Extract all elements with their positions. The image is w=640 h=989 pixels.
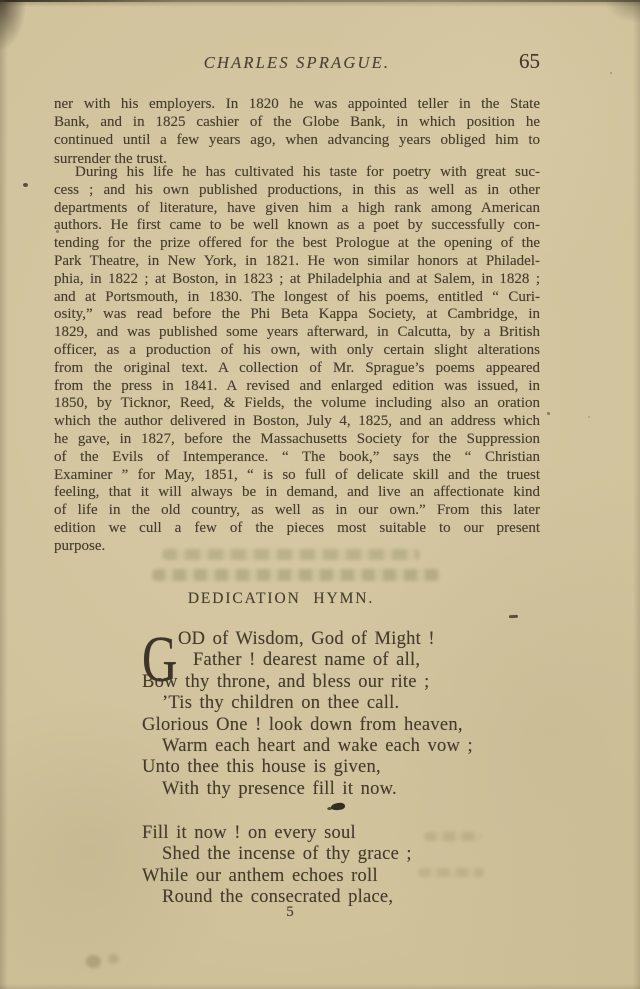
poem-line: Unto thee this house is given, xyxy=(142,757,502,778)
text-line: and at Portsmouth, in 1830. The longest … xyxy=(54,289,540,307)
poem-line: Father ! dearest name of all, xyxy=(193,650,502,671)
scan-edge-shadow xyxy=(0,0,8,989)
text-line: he gave, in 1827, before the Massachuset… xyxy=(54,431,540,449)
poem-line: OD of Wisdom, God of Might ! xyxy=(178,629,502,650)
poem-line: Glorious One ! look down from heaven, xyxy=(142,715,502,736)
text-line: authors. He first came to be well known … xyxy=(54,217,540,235)
poem-line: Bow thy throne, and bless our rite ; xyxy=(142,672,502,693)
prose-paragraph: During his life he has cultivated his ta… xyxy=(54,164,540,556)
text-line: cess ; and his own published productions… xyxy=(54,182,540,200)
paper-speck xyxy=(610,72,612,74)
ink-showthrough xyxy=(152,569,440,581)
text-line: of the Evils of Intemperance. “ The book… xyxy=(54,449,540,467)
text-line: from the press in 1841. A revised and en… xyxy=(54,378,540,396)
poem-line: ’Tis thy children on thee call. xyxy=(162,693,502,714)
scan-edge-line xyxy=(0,0,640,2)
text-line: continued until a few years ago, when ad… xyxy=(54,131,540,149)
text-line: 1850, by Ticknor, Reed, & Fields, the vo… xyxy=(54,395,540,413)
text-line: departments of literature, have given hi… xyxy=(54,200,540,218)
text-line: of life in the old country, as well as i… xyxy=(54,502,540,520)
paper-speck xyxy=(56,230,59,233)
text-line: purpose. xyxy=(54,538,540,556)
text-line: phia, in 1822 ; at Boston, in 1823 ; at … xyxy=(54,271,540,289)
text-line: officer, as a production of his own, wit… xyxy=(54,342,540,360)
poem-line: Warm each heart and wake each vow ; xyxy=(162,736,502,757)
text-line: ner with his employers. In 1820 he was a… xyxy=(54,95,540,113)
poem-stanza: G OD of Wisdom, God of Might ! Father ! … xyxy=(142,629,502,800)
text-line: tending for the prize offered for the be… xyxy=(54,235,540,253)
scanned-book-page: CHARLES SPRAGUE. 65 ner with his employe… xyxy=(0,0,640,989)
text-line: Examiner ” for May, 1851, “ is so full o… xyxy=(54,467,540,485)
text-line: which the author delivered in Boston, Ju… xyxy=(54,413,540,431)
text-line: During his life he has cultivated his ta… xyxy=(54,164,540,182)
text-line: edition we cull a few of the pieces most… xyxy=(54,520,540,538)
paper-smudge xyxy=(86,955,101,968)
text-line: 1829, and was published some years after… xyxy=(54,324,540,342)
scan-edge-shadow xyxy=(0,984,640,989)
text-line: feeling, that it will always be in deman… xyxy=(54,484,540,502)
signature-mark: 5 xyxy=(250,904,330,921)
paper-smudge xyxy=(108,954,119,964)
page-number: 65 xyxy=(440,49,540,74)
poem-line: Round the consecrated place, xyxy=(162,887,502,908)
paper-speck xyxy=(23,183,28,187)
poem-line: Shed the incense of thy grace ; xyxy=(162,844,502,865)
scan-edge-shadow xyxy=(633,0,640,989)
drop-cap-initial: G xyxy=(142,635,177,685)
stray-dash-mark xyxy=(509,615,518,618)
text-line: osity,” was read before the Phi Beta Kap… xyxy=(54,306,540,324)
stanza-divider-inkblot xyxy=(331,802,346,811)
poem-line: With thy presence fill it now. xyxy=(162,779,502,800)
text-line: Park Theatre, in New York, in 1821. He w… xyxy=(54,253,540,271)
paper-speck xyxy=(588,416,590,418)
poem-line: While our anthem echoes roll xyxy=(142,866,502,887)
paper-speck xyxy=(547,412,550,415)
poem-line: Fill it now ! on every soul xyxy=(142,823,502,844)
text-line: Bank, and in 1825 cashier of the Globe B… xyxy=(54,113,540,131)
text-line: from the original text. A collection of … xyxy=(54,360,540,378)
section-heading: DEDICATION HYMN. xyxy=(38,590,524,608)
poem-stanza: Fill it now ! on every soul Shed the inc… xyxy=(142,823,502,909)
prose-paragraph: ner with his employers. In 1820 he was a… xyxy=(54,95,540,168)
